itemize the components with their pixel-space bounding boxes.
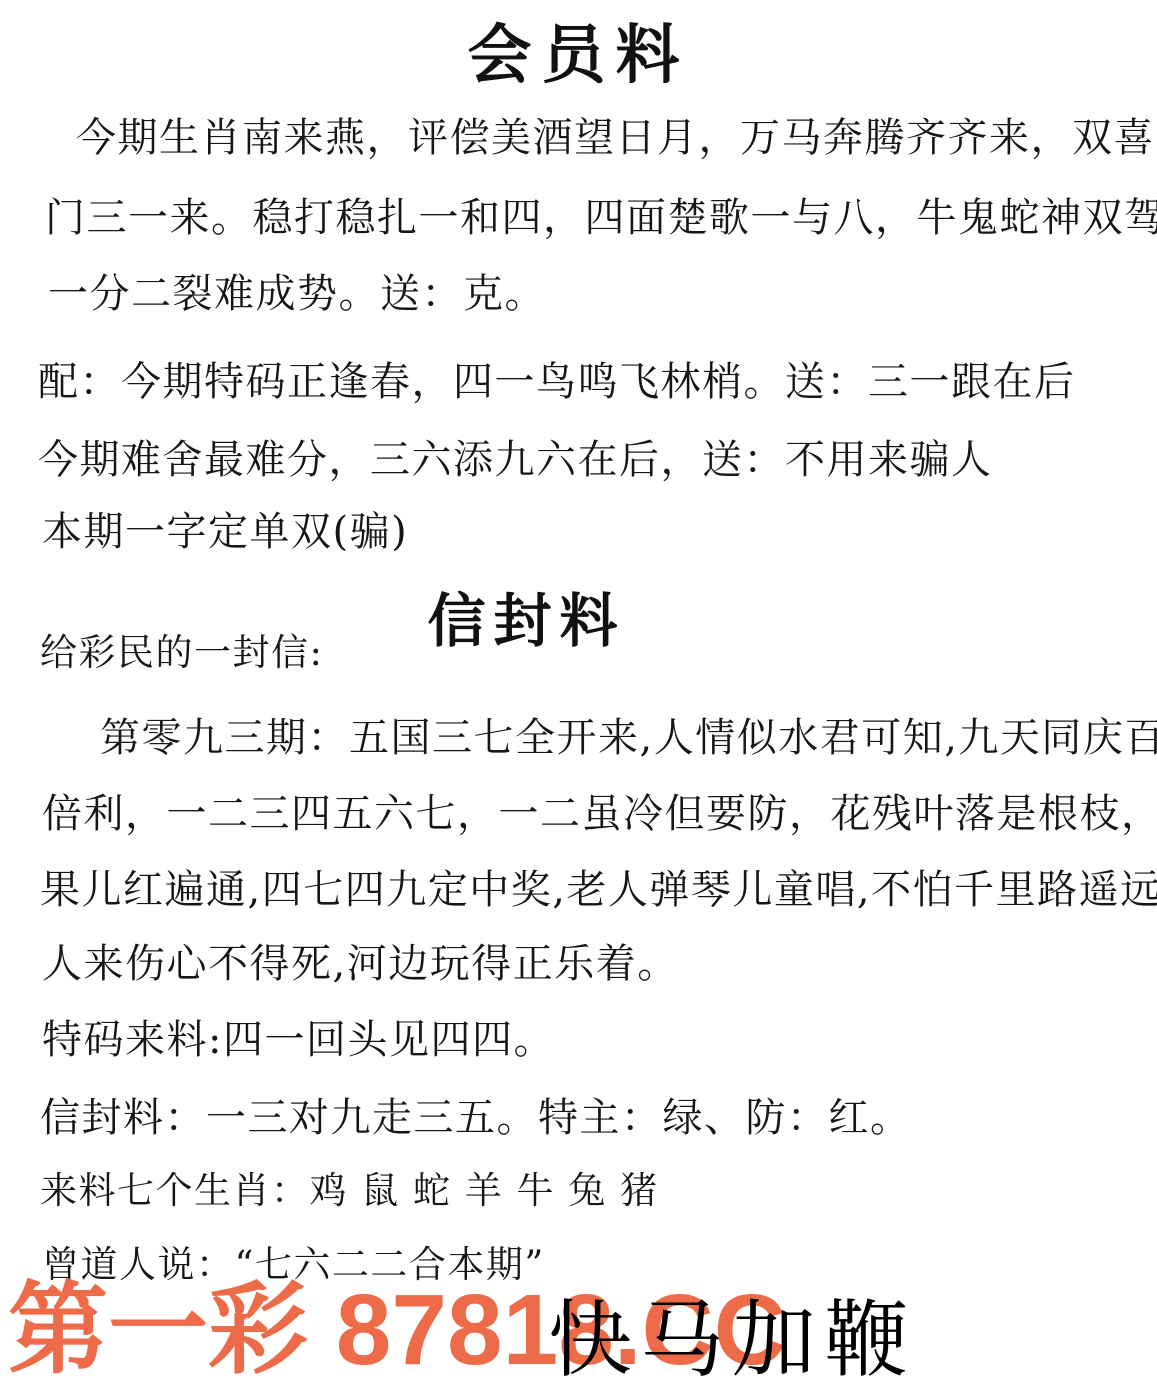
member-section-title: 会员料 — [0, 4, 1157, 96]
watermark-footer: 第一彩 87818.CC 快马加鞭 — [0, 1282, 1157, 1388]
overlay-handwritten-text: 快马加鞭 — [548, 1298, 916, 1382]
member-poem-line-3: 一分二裂难成势。送：克。 — [48, 262, 546, 319]
member-poem-line-1: 今期生肖南来燕，评偿美酒望日月，万马奔腾齐齐来，双喜临 — [76, 106, 1157, 163]
envelope-zodiac-line: 来料七个生肖：鸡 鼠 蛇 羊 牛 兔 猪 — [40, 1160, 659, 1214]
envelope-material-line: 信封料：一三对九走三五。特主：绿、防：红。 — [40, 1086, 912, 1143]
member-nanshe-line: 今期难舍最难分，三六添九六在后，送：不用来骗人 — [38, 428, 993, 485]
envelope-issue-line-1: 第零九三期：五国三七全开来,人情似水君可知,九天同庆百 — [100, 706, 1157, 763]
envelope-issue-line-3: 果儿红遍通,四七四九定中奖,老人弹琴儿童唱,不怕千里路遥远, — [40, 858, 1157, 915]
envelope-issue-line-2: 倍利，一二三四五六七，一二虽冷但要防，花残叶落是根枝，树上 — [42, 782, 1157, 839]
envelope-letter-intro: 给彩民的一封信: — [40, 622, 323, 676]
document-page: 会员料 今期生肖南来燕，评偿美酒望日月，万马奔腾齐齐来，双喜临 门三一来。稳打稳… — [0, 0, 1157, 1388]
member-dingdanshuang-line: 本期一字定单双(骗) — [42, 500, 408, 557]
member-pei-line: 配：今期特码正逢春，四一鸟鸣飞林梢。送：三一跟在后 — [38, 350, 1076, 407]
envelope-issue-line-4: 人来伤心不得死,河边玩得正乐着。 — [42, 932, 679, 989]
envelope-tema-line: 特码来料:四一回头见四四。 — [42, 1008, 555, 1065]
member-poem-line-2: 门三一来。稳打稳扎一和四，四面楚歌一与八，牛鬼蛇神双驾到， — [45, 186, 1157, 243]
